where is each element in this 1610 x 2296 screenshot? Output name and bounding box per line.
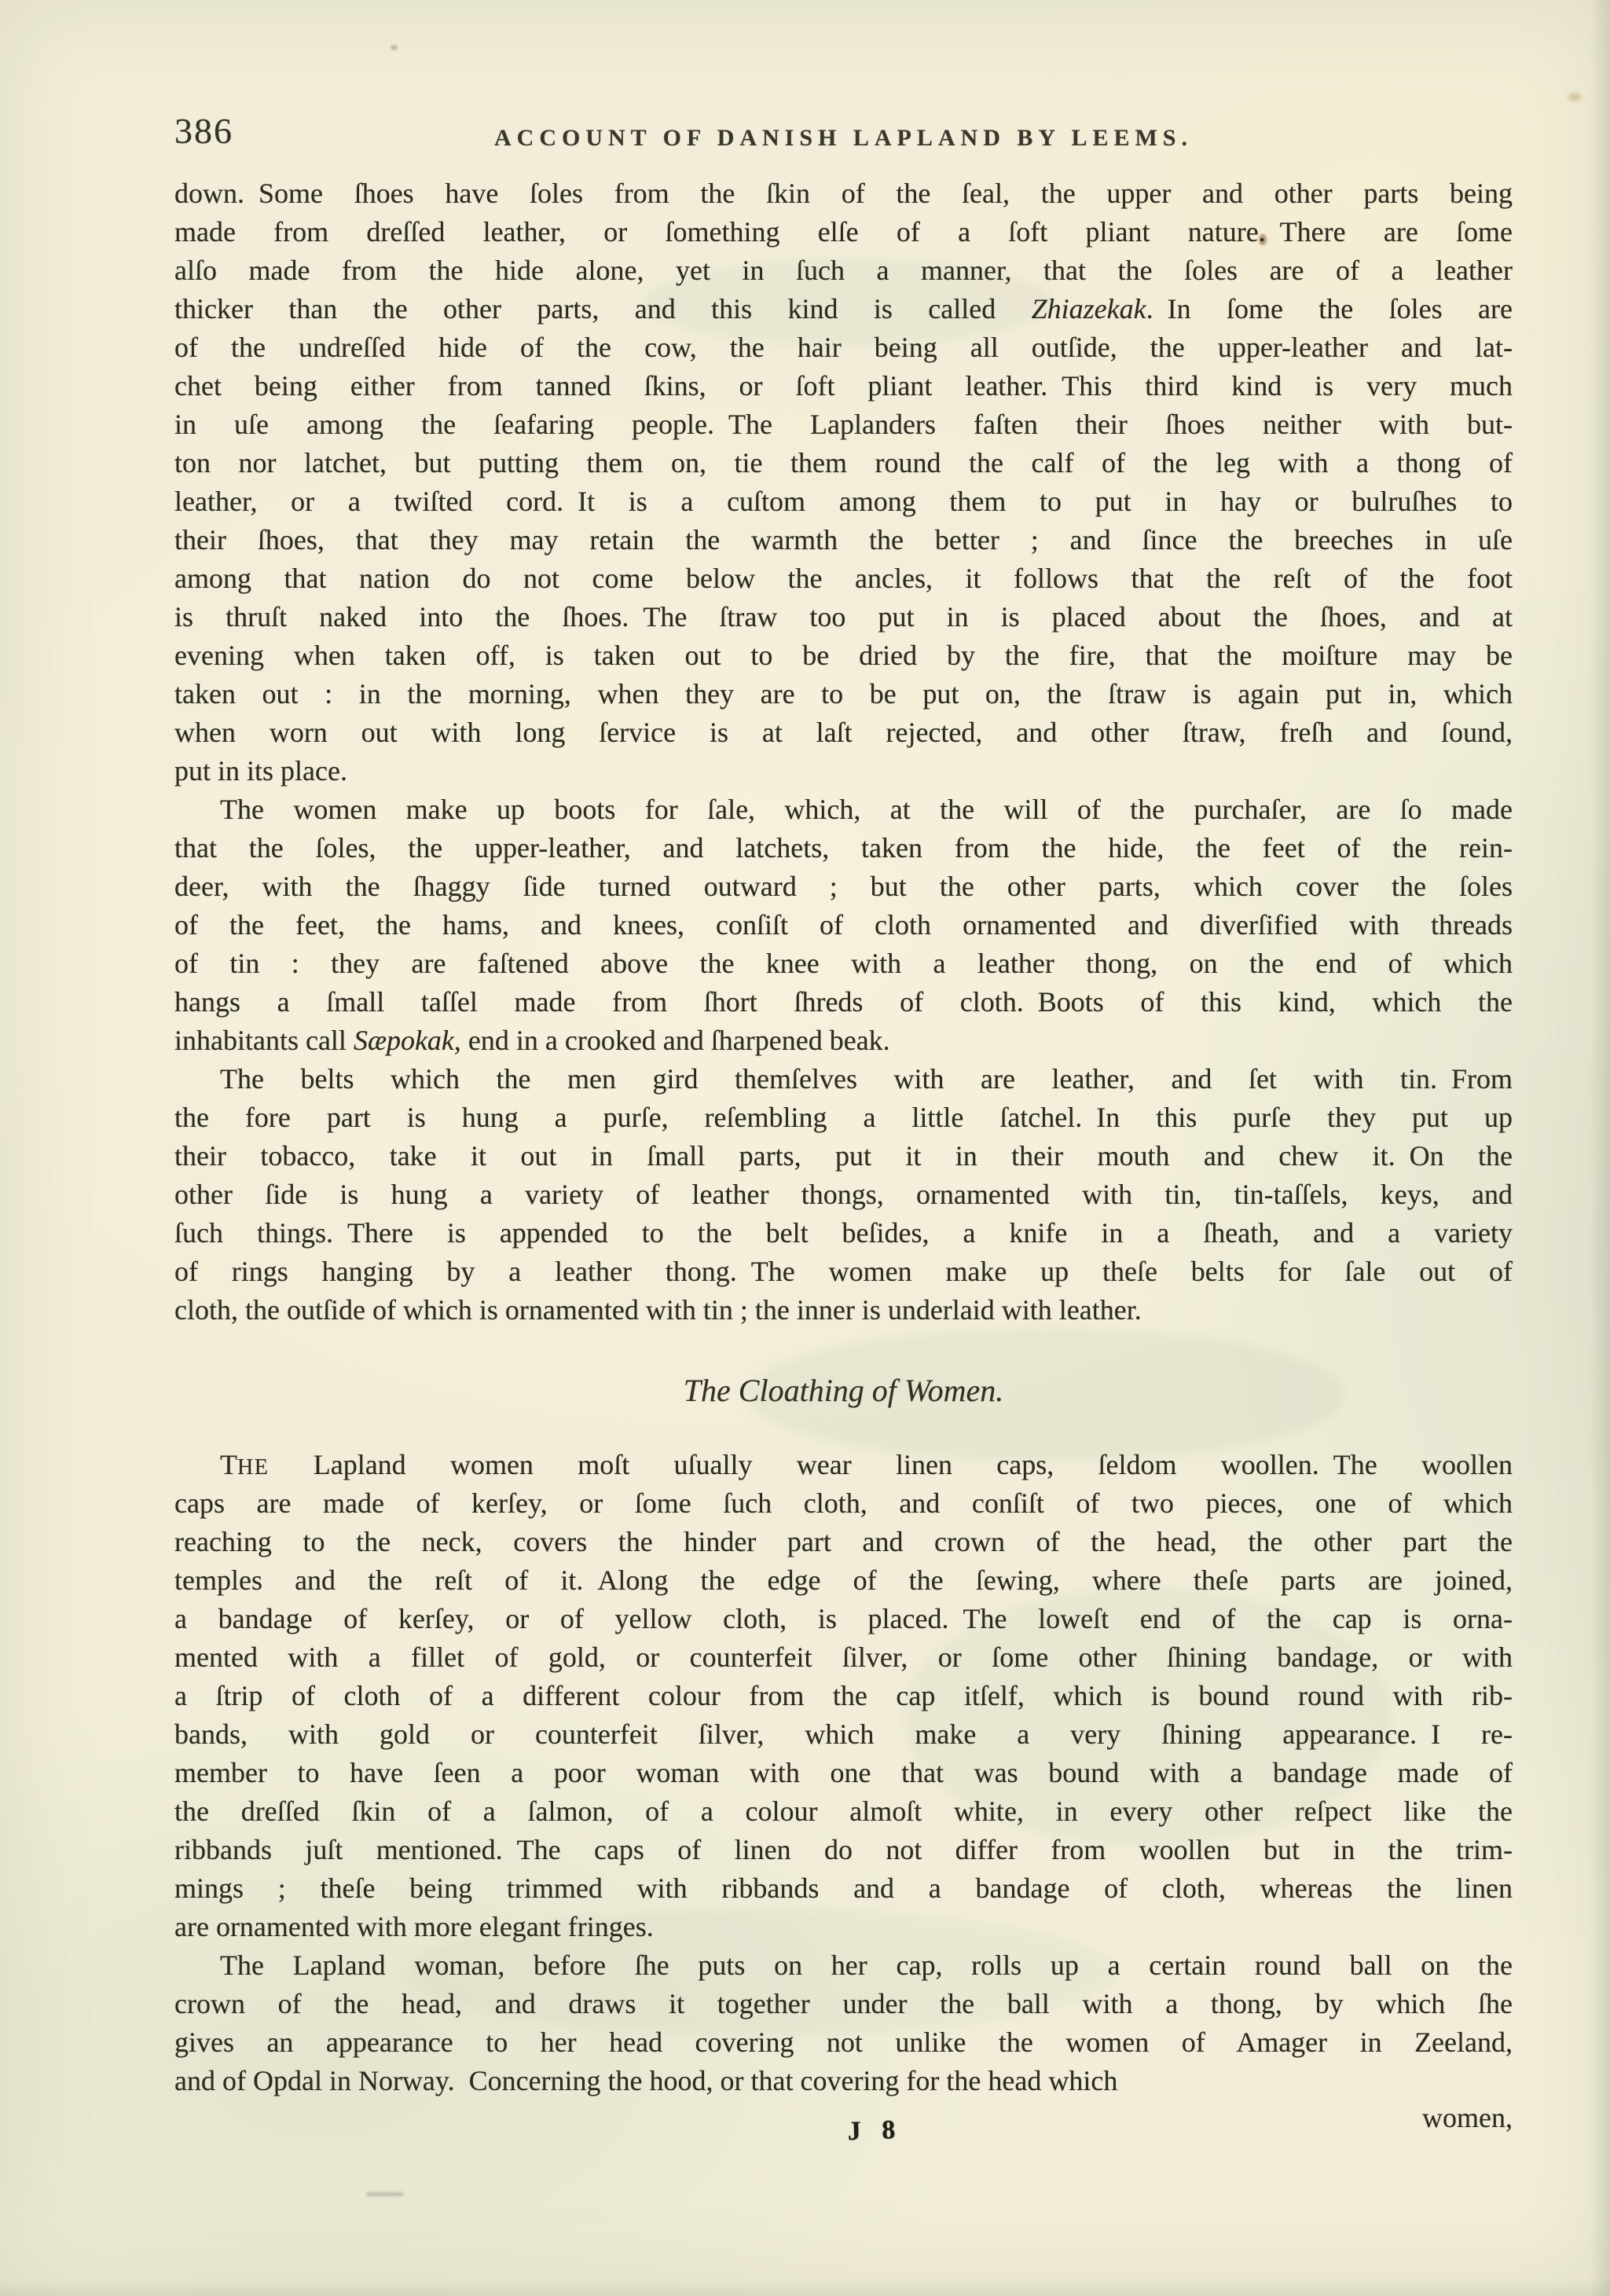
text-line: gives an appearance to her head covering…: [174, 2023, 1513, 2062]
text-line: cloth, the outſide of which is ornamente…: [174, 1291, 1513, 1330]
paragraph: The belts which the men gird themſelves …: [174, 1060, 1513, 1330]
text-line: The Lapland woman, before ſhe puts on he…: [174, 1946, 1513, 1985]
paragraph-group-bottom: THE Lapland women moſt uſually wear line…: [174, 1446, 1513, 2100]
paragraph: The women make up boots for ſale, which,…: [174, 790, 1513, 1060]
page-number: 386: [174, 113, 233, 149]
text-line: of the undreſſed hide of the cow, the ha…: [174, 328, 1513, 367]
section-heading: The Cloathing of Women.: [174, 1371, 1513, 1410]
text-line: The belts which the men gird themſelves …: [174, 1060, 1513, 1098]
text-line: inhabitants call Sæpokak, end in a crook…: [174, 1021, 1513, 1060]
text-line: chet being either from tanned ſkins, or …: [174, 367, 1513, 405]
text-line: reaching to the neck, covers the hinder …: [174, 1523, 1513, 1561]
text-line: crown of the head, and draws it together…: [174, 1985, 1513, 2023]
text-line: temples and the reſt of it. Along the ed…: [174, 1561, 1513, 1600]
text-line: when worn out with long ſervice is at la…: [174, 713, 1513, 752]
text-line: member to have ſeen a poor woman with on…: [174, 1754, 1513, 1792]
text-line: caps are made of kerſey, or ſome ſuch cl…: [174, 1484, 1513, 1523]
paragraph-group-top: down. Some ſhoes have ſoles from the ſki…: [174, 174, 1513, 1330]
page-header: 386 ACCOUNT OF DANISH LAPLAND BY LEEMS.: [174, 115, 1513, 162]
catchword: women,: [1422, 2099, 1513, 2137]
text-line: the dreſſed ſkin of a ſalmon, of a colou…: [174, 1792, 1513, 1831]
text-line: their ſhoes, that they may retain the wa…: [174, 521, 1513, 559]
text-line: The women make up boots for ſale, which,…: [174, 790, 1513, 829]
text-line: of rings hanging by a leather thong. The…: [174, 1253, 1513, 1291]
paragraph: down. Some ſhoes have ſoles from the ſki…: [174, 174, 1513, 790]
text-line: deer, with the ſhaggy ſide turned outwar…: [174, 867, 1513, 906]
text-line: the fore part is hung a purſe, reſemblin…: [174, 1098, 1513, 1137]
ink-speck: [391, 45, 398, 50]
text-line: other ſide is hung a variety of leather …: [174, 1176, 1513, 1214]
text-line: mented with a fillet of gold, or counter…: [174, 1638, 1513, 1677]
text-line: alſo made from the hide alone, yet in ſu…: [174, 251, 1513, 290]
text-line: are ornamented with more elegant fringes…: [174, 1908, 1513, 1946]
text-line: a ſtrip of cloth of a different colour f…: [174, 1677, 1513, 1715]
text-line: hangs a ſmall taſſel made from ſhort ſhr…: [174, 983, 1513, 1021]
book-page: 386 ACCOUNT OF DANISH LAPLAND BY LEEMS. …: [0, 0, 1610, 2296]
page-edge-shadow: [1590, 0, 1610, 2296]
text-line: mings ; theſe being trimmed with ribband…: [174, 1869, 1513, 1908]
catchline: J 8 women,: [174, 2103, 1513, 2151]
text-line: ſuch things. There is appended to the be…: [174, 1214, 1513, 1253]
text-line: taken out : in the morning, when they ar…: [174, 675, 1513, 713]
page-body: down. Some ſhoes have ſoles from the ſki…: [174, 174, 1513, 2151]
text-line: bands, with gold or counterfeit ſilver, …: [174, 1715, 1513, 1754]
text-line: evening when taken off, is taken out to …: [174, 636, 1513, 675]
text-line: their tobacco, take it out in ſmall part…: [174, 1137, 1513, 1176]
signature-mark: J 8: [206, 2088, 1545, 2173]
paragraph: THE Lapland women moſt uſually wear line…: [174, 1446, 1513, 1946]
ink-speck: [1568, 93, 1581, 101]
text-line: thicker than the other parts, and this k…: [174, 290, 1513, 328]
text-line: made from dreſſed leather, or ſomething …: [174, 213, 1513, 251]
text-line: is thruſt naked into the ſhoes. The ſtra…: [174, 598, 1513, 636]
text-line: ton nor latchet, but putting them on, ti…: [174, 444, 1513, 482]
text-line: of tin : they are faſtened above the kne…: [174, 944, 1513, 983]
text-line: a bandage of kerſey, or of yellow cloth,…: [174, 1600, 1513, 1638]
text-line: leather, or a twiſted cord. It is a cuſt…: [174, 482, 1513, 521]
paragraph: The Lapland woman, before ſhe puts on he…: [174, 1946, 1513, 2100]
text-line: ribbands juſt mentioned. The caps of lin…: [174, 1831, 1513, 1869]
text-line: down. Some ſhoes have ſoles from the ſki…: [174, 174, 1513, 213]
text-line: among that nation do not come below the …: [174, 559, 1513, 598]
page-edge-shadow: [0, 2280, 1610, 2296]
text-line: THE Lapland women moſt uſually wear line…: [174, 1446, 1513, 1484]
pencil-mark: [366, 2192, 404, 2196]
text-line: of the feet, the hams, and knees, conſiſ…: [174, 906, 1513, 944]
text-line: and of Opdal in Norway. Concerning the h…: [174, 2062, 1513, 2100]
text-line: in uſe among the ſeafaring people. The L…: [174, 405, 1513, 444]
text-line: put in its place.: [174, 752, 1513, 790]
text-line: that the ſoles, the upper-leather, and l…: [174, 829, 1513, 867]
running-header: ACCOUNT OF DANISH LAPLAND BY LEEMS.: [174, 115, 1513, 162]
